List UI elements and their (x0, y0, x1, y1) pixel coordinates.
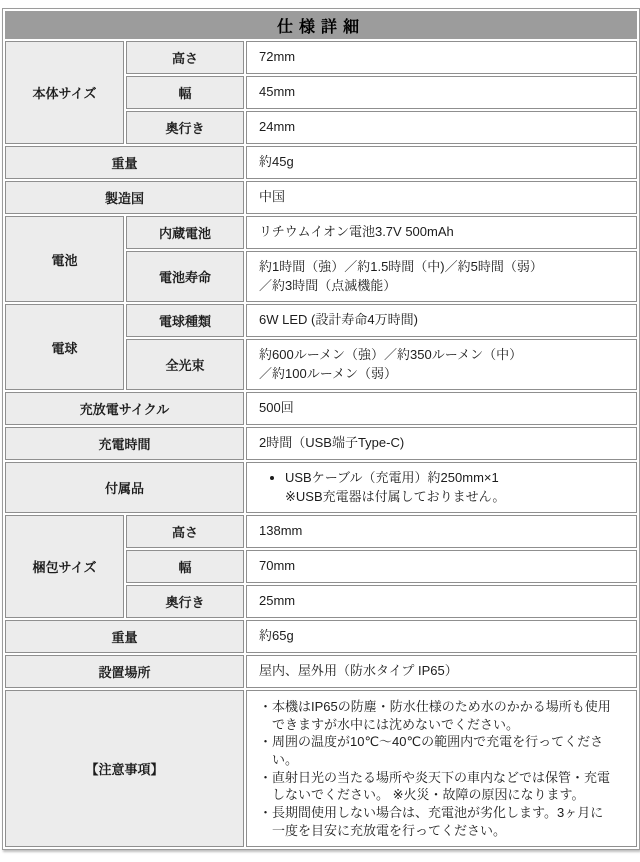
table-row: 梱包サイズ 高さ 138mm (5, 515, 637, 548)
cell-body-height-label: 高さ (126, 41, 244, 74)
cell-package-depth-label: 奥行き (126, 585, 244, 618)
note-item: ・本機はIP65の防塵・防水仕様のため水のかかる場所も使用 できますが水中には沈… (259, 698, 626, 733)
table-row: 電球 電球種類 6W LED (設計寿命4万時間) (5, 304, 637, 337)
accessories-item-note: ※USB充電器は付属しておりません。 (285, 488, 626, 507)
cell-body-depth-label: 奥行き (126, 111, 244, 144)
table-row: 電池 内蔵電池 リチウムイオン電池3.7V 500mAh (5, 216, 637, 249)
cell-cycle-value: 500回 (246, 392, 637, 425)
cell-cycle-label: 充放電サイクル (5, 392, 244, 425)
cell-location-value: 屋内、屋外用（防水タイプ IP65） (246, 655, 637, 688)
cell-bulb-group: 電球 (5, 304, 124, 390)
spec-table: 仕様詳細 本体サイズ 高さ 72mm 幅 45mm 奥行き 24mm 重量 約4… (2, 8, 640, 850)
spec-page: 仕様詳細 本体サイズ 高さ 72mm 幅 45mm 奥行き 24mm 重量 約4… (0, 0, 640, 862)
cell-battery-internal-label: 内蔵電池 (126, 216, 244, 249)
cell-body-height-value: 72mm (246, 41, 637, 74)
cell-package-weight-label: 重量 (5, 620, 244, 653)
cell-body-width-value: 45mm (246, 76, 637, 109)
table-row: 【注意事項】 ・本機はIP65の防塵・防水仕様のため水のかかる場所も使用 できま… (5, 690, 637, 847)
cell-package-size-group: 梱包サイズ (5, 515, 124, 618)
cell-body-width-label: 幅 (126, 76, 244, 109)
cell-charge-time-label: 充電時間 (5, 427, 244, 460)
cell-battery-internal-value: リチウムイオン電池3.7V 500mAh (246, 216, 637, 249)
cell-package-height-label: 高さ (126, 515, 244, 548)
note-item: ・直射日光の当たる場所や炎天下の車内などでは保管・充電 しないでください。 ※火… (259, 769, 626, 804)
accessories-item: USBケーブル（充電用）約250mm×1 ※USB充電器は付属しておりません。 (285, 469, 626, 507)
cell-accessories-value: USBケーブル（充電用）約250mm×1 ※USB充電器は付属しておりません。 (246, 462, 637, 513)
cell-package-height-value: 138mm (246, 515, 637, 548)
page-title: 仕様詳細 (5, 11, 637, 39)
cell-location-label: 設置場所 (5, 655, 244, 688)
table-row: 重量 約65g (5, 620, 637, 653)
cell-country-value: 中国 (246, 181, 637, 214)
cell-package-depth-value: 25mm (246, 585, 637, 618)
cell-body-size-group: 本体サイズ (5, 41, 124, 144)
table-row: 充放電サイクル 500回 (5, 392, 637, 425)
cell-notes-value: ・本機はIP65の防塵・防水仕様のため水のかかる場所も使用 できますが水中には沈… (246, 690, 637, 847)
note-item: ・長期間使用しない場合は、充電池が劣化します。3ヶ月に 一度を目安に充放電を行っ… (259, 804, 626, 839)
cell-accessories-label: 付属品 (5, 462, 244, 513)
cell-bulb-flux-value: 約600ルーメン（強）／約350ルーメン（中） ／約100ルーメン（弱） (246, 339, 637, 390)
cell-battery-life-label: 電池寿命 (126, 251, 244, 302)
cell-notes-label: 【注意事項】 (5, 690, 244, 847)
cell-bulb-type-value: 6W LED (設計寿命4万時間) (246, 304, 637, 337)
table-row: 重量 約45g (5, 146, 637, 179)
accessories-list: USBケーブル（充電用）約250mm×1 ※USB充電器は付属しておりません。 (259, 469, 626, 507)
table-row: 本体サイズ 高さ 72mm (5, 41, 637, 74)
cell-package-weight-value: 約65g (246, 620, 637, 653)
cell-weight-value: 約45g (246, 146, 637, 179)
cell-weight-label: 重量 (5, 146, 244, 179)
table-row: 製造国 中国 (5, 181, 637, 214)
cell-package-width-label: 幅 (126, 550, 244, 583)
cell-bulb-flux-label: 全光束 (126, 339, 244, 390)
cell-body-depth-value: 24mm (246, 111, 637, 144)
table-row: 設置場所 屋内、屋外用（防水タイプ IP65） (5, 655, 637, 688)
cell-battery-group: 電池 (5, 216, 124, 302)
cell-bulb-type-label: 電球種類 (126, 304, 244, 337)
accessories-item-text: USBケーブル（充電用）約250mm×1 (285, 469, 626, 488)
note-item: ・周囲の温度が10℃～40℃の範囲内で充電を行ってください。 (259, 733, 626, 768)
table-row: 充電時間 2時間（USB端子Type-C) (5, 427, 637, 460)
cell-package-width-value: 70mm (246, 550, 637, 583)
cell-country-label: 製造国 (5, 181, 244, 214)
cell-battery-life-value: 約1時間（強）／約1.5時間（中)／約5時間（弱） ／約3時間（点滅機能） (246, 251, 637, 302)
cell-charge-time-value: 2時間（USB端子Type-C) (246, 427, 637, 460)
table-row: 付属品 USBケーブル（充電用）約250mm×1 ※USB充電器は付属しておりま… (5, 462, 637, 513)
